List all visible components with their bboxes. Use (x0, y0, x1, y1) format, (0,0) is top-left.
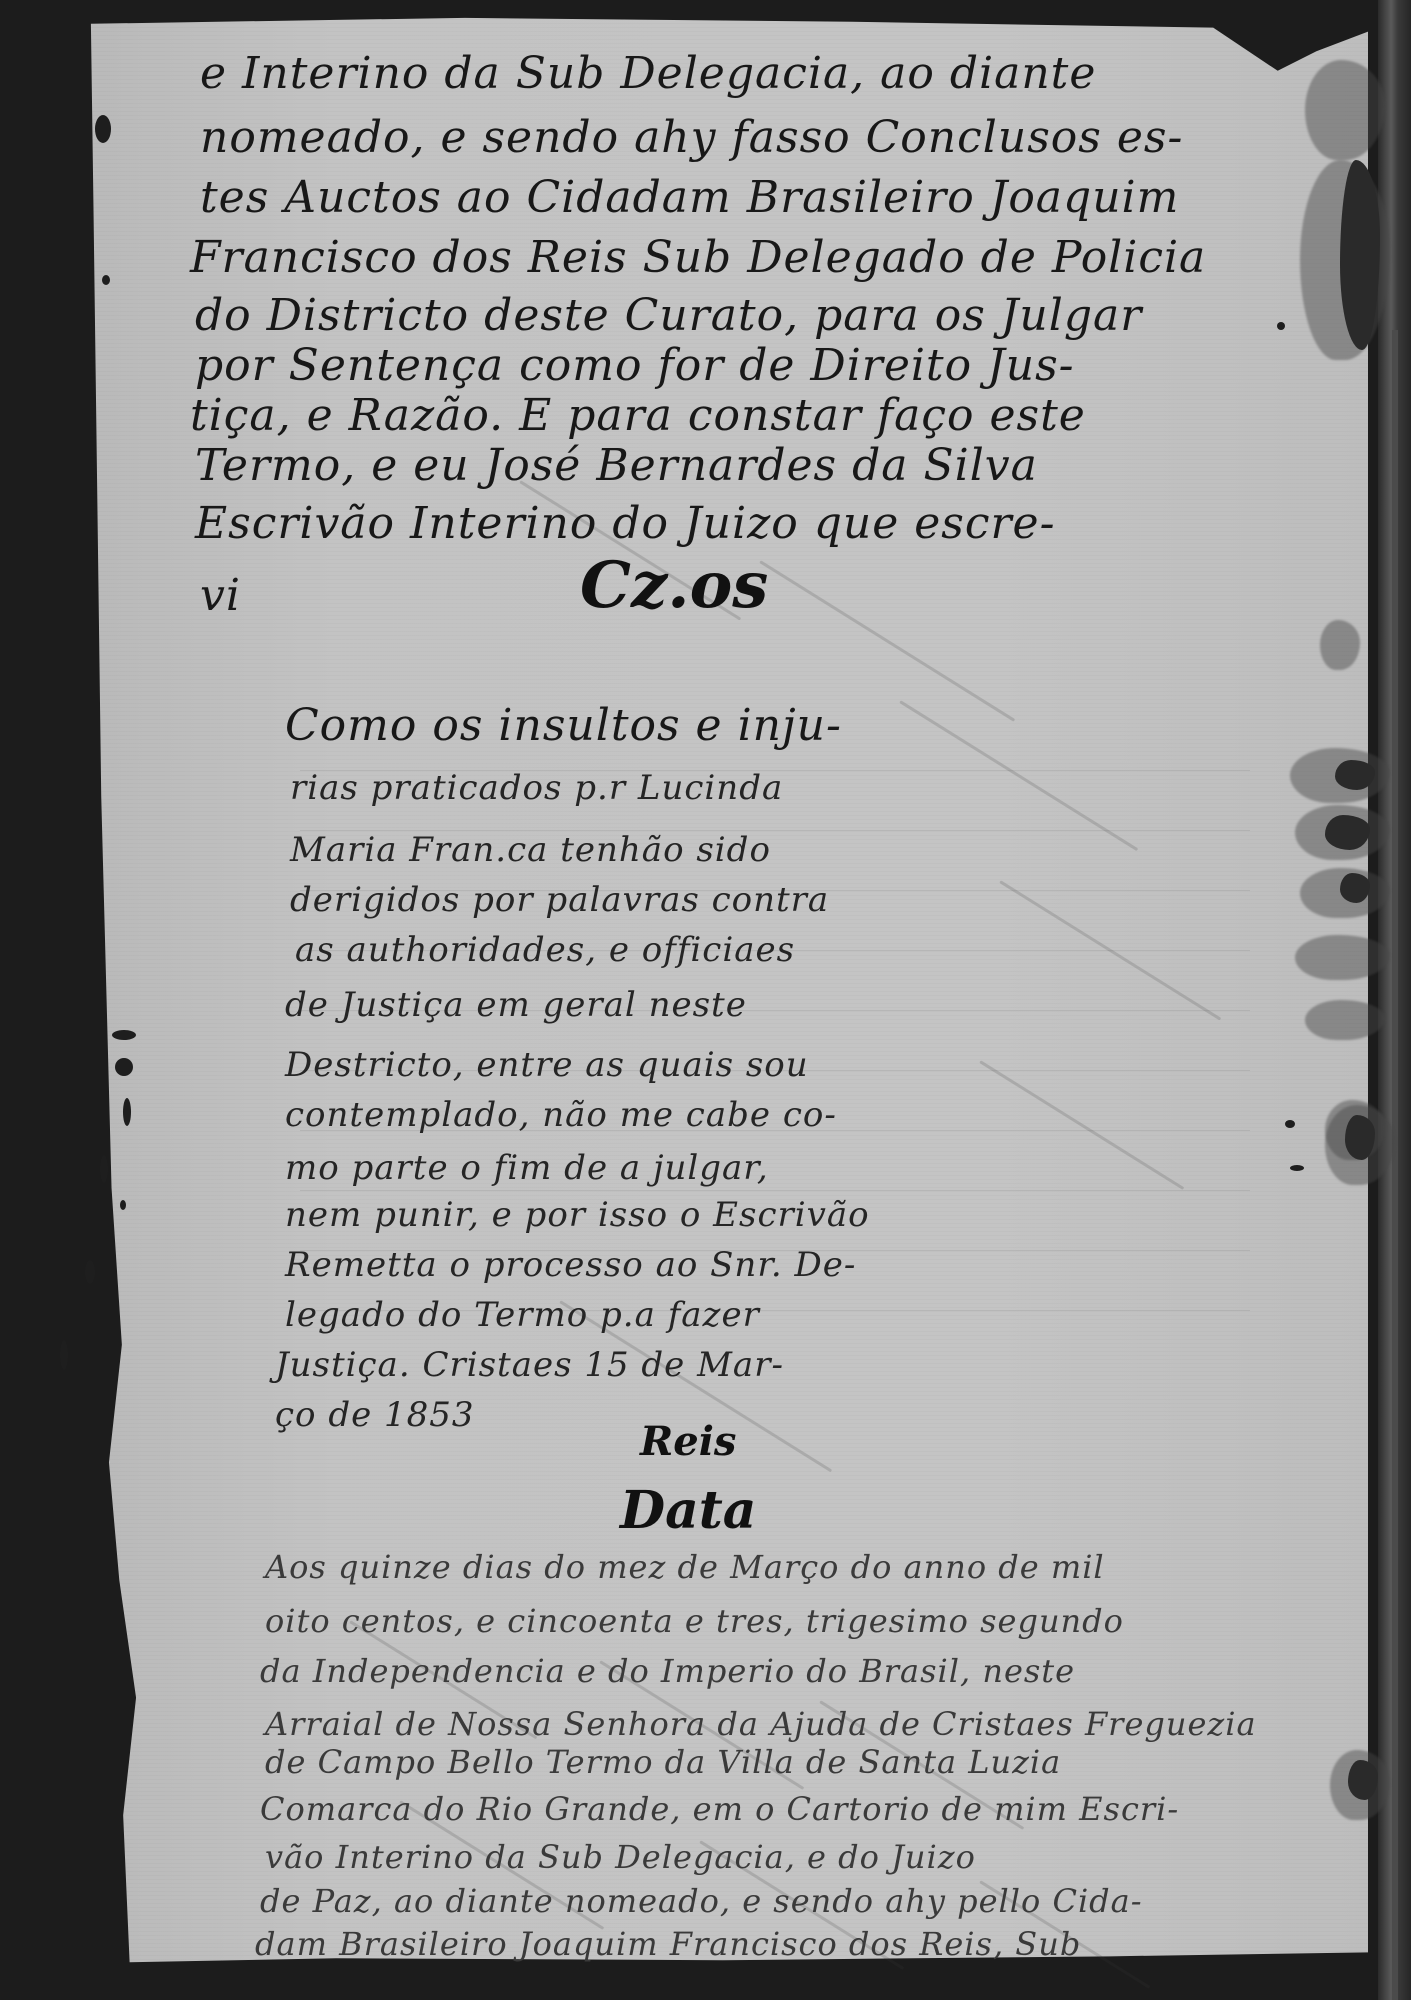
manuscript-line: nem punir, e por isso o Escrivão (285, 1195, 870, 1235)
manuscript-line: mo parte o fim de a julgar, (285, 1148, 769, 1188)
manuscript-line: Escrivão Interino do Juizo que escre- (195, 498, 1055, 549)
manuscript-line: contemplado, não me cabe co- (285, 1095, 837, 1135)
manuscript-line: e Interino da Sub Delegacia, ao diante (200, 48, 1096, 99)
manuscript-line: da Independencia e do Imperio do Brasil,… (260, 1652, 1075, 1690)
manuscript-line: legado do Termo p.a fazer (285, 1295, 760, 1335)
manuscript-line: Francisco dos Reis Sub Delegado de Polic… (190, 232, 1206, 283)
manuscript-line: vi (200, 570, 241, 621)
manuscript-line: oito centos, e cincoenta e tres, trigesi… (265, 1602, 1124, 1640)
manuscript-line: Como os insultos e inju- (285, 700, 842, 751)
manuscript-line: Comarca do Rio Grande, em o Cartorio de … (260, 1790, 1179, 1828)
section-heading-data: Data (620, 1480, 757, 1541)
manuscript-line: rias praticados p.r Lucinda (290, 768, 783, 808)
manuscript-line: Remetta o processo ao Snr. De- (285, 1245, 856, 1285)
manuscript-line: Justiça. Cristaes 15 de Mar- (275, 1345, 784, 1385)
conclusos-marker: Cz.os (580, 548, 768, 623)
manuscript-line: vão Interino da Sub Delegacia, e do Juiz… (265, 1838, 976, 1876)
manuscript-text: e Interino da Sub Delegacia, ao diante n… (0, 0, 1411, 2000)
manuscript-line: Destricto, entre as quais sou (285, 1045, 809, 1085)
manuscript-line: Maria Fran.ca tenhão sido (290, 830, 771, 870)
manuscript-line: dam Brasileiro Joaquim Francisco dos Rei… (255, 1925, 1081, 1963)
manuscript-line: Arraial de Nossa Senhora da Ajuda de Cri… (265, 1705, 1257, 1743)
manuscript-line: tiça, e Razão. E para constar faço este (190, 390, 1086, 441)
manuscript-line: nomeado, e sendo ahy fasso Conclusos es- (200, 112, 1183, 163)
signature-reis: Reis (640, 1418, 736, 1465)
manuscript-line: de Justiça em geral neste (285, 985, 747, 1025)
manuscript-line: do Districto deste Curato, para os Julga… (195, 290, 1142, 341)
manuscript-line: de Paz, ao diante nomeado, e sendo ahy p… (260, 1882, 1143, 1920)
manuscript-line: tes Auctos ao Cidadam Brasileiro Joaquim (200, 172, 1179, 223)
manuscript-line: Termo, e eu José Bernardes da Silva (195, 440, 1038, 491)
manuscript-line: as authoridades, e officiaes (295, 930, 795, 970)
manuscript-line: ço de 1853 (275, 1395, 475, 1435)
manuscript-line: derigidos por palavras contra (290, 880, 829, 920)
manuscript-line: por Sentença como for de Direito Jus- (195, 340, 1075, 391)
manuscript-line: de Campo Bello Termo da Villa de Santa L… (265, 1743, 1061, 1781)
scanned-page: e Interino da Sub Delegacia, ao diante n… (0, 0, 1411, 2000)
manuscript-line: Aos quinze dias do mez de Março do anno … (265, 1548, 1105, 1586)
